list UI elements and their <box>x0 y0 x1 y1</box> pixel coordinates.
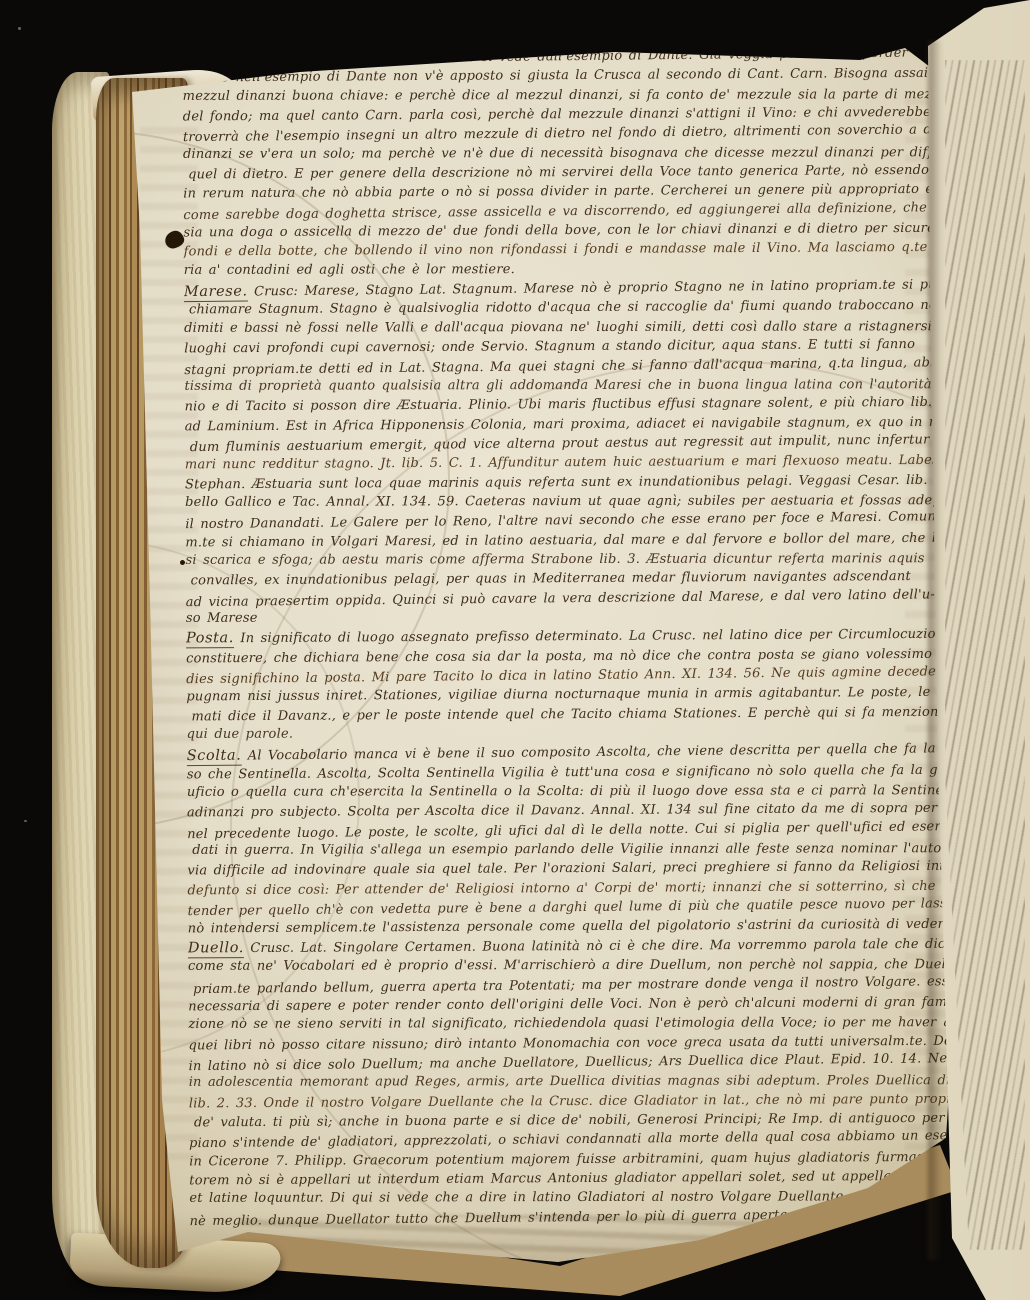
catchword: Lustro. <box>852 1226 914 1248</box>
manuscript-line: mezzul dinanzi buona chiave: e perchè di… <box>183 85 979 106</box>
manuscript-line: tissima di proprietà quanto qualsisia al… <box>184 375 980 396</box>
entry-headword: Duello. <box>188 940 244 958</box>
next-leaf-writing <box>945 60 1025 1250</box>
manuscript-line: si scarica e sfoga; ab aestu maris come … <box>185 549 981 570</box>
dust-speck <box>18 27 21 30</box>
leaf-fold-shadow <box>928 40 942 1260</box>
manuscript-line: dimiti e bassi nè fossi nelle Valli e da… <box>184 317 980 338</box>
manuscript-line: et latine loquuntur. Di qui si vede che … <box>189 1187 985 1208</box>
manuscript-line: dinanzi se v'era un solo; ma perchè ve n… <box>183 143 979 164</box>
manuscript-line: uficio o quella cura ch'esercita la Sent… <box>187 781 983 802</box>
manuscript-line: so Marese <box>186 607 982 628</box>
entry-headword: Scolta. <box>187 748 242 767</box>
manuscript-line: zione nò se ne sieno serviti in tal sign… <box>188 1013 984 1034</box>
manuscript-line: in adolescentia memorant apud Reges, arm… <box>189 1071 985 1092</box>
manuscript-line: dati in guerra. In Vigilia s'allega un e… <box>192 839 983 860</box>
entry-headword: Posta. <box>186 630 234 648</box>
entry-headword: Marese. <box>184 284 248 303</box>
dust-speck <box>24 820 27 822</box>
photograph-background: rivanda della bove si chiaman lulle, com… <box>0 0 1030 1300</box>
manuscript-text-block: rivanda della bove si chiaman lulle, com… <box>182 45 985 1240</box>
